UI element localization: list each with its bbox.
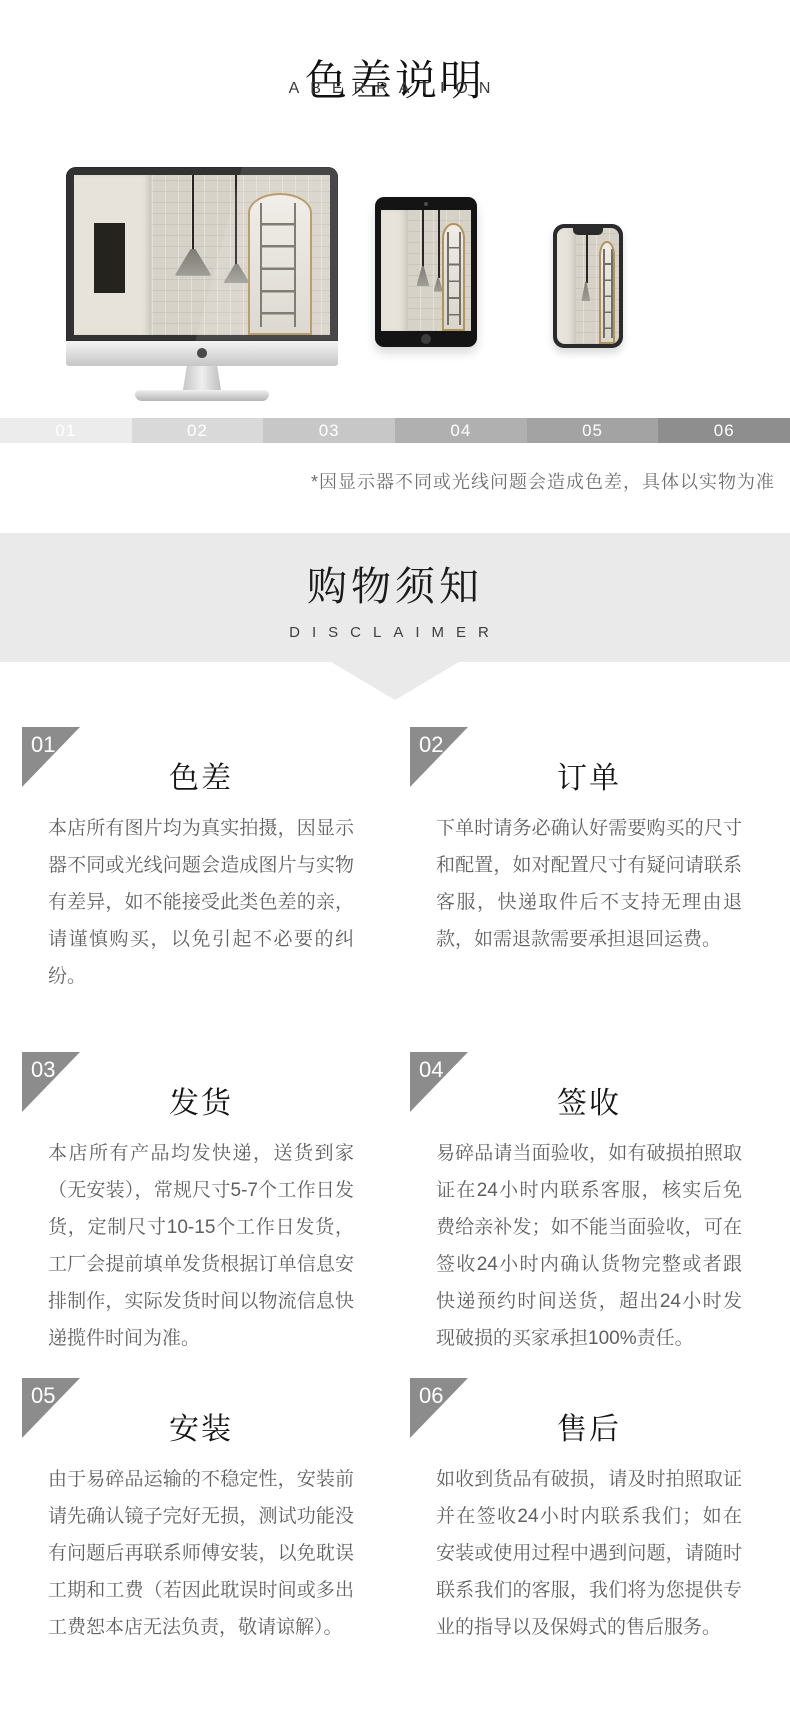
ipad-mockup xyxy=(375,197,477,347)
scale-label: 04 xyxy=(450,421,471,441)
product-scene-image xyxy=(381,210,471,331)
arrow-down-notch xyxy=(331,662,459,700)
disclaimer-card-4: 04 签收 易碎品请当面验收，如有破损拍照取证在24小时内联系客服，核实后免费给… xyxy=(410,1052,768,1385)
pendant-lamp xyxy=(224,264,250,283)
disclaimer-card-2: 02 订单 下单时请务必确认好需要购买的尺寸和配置，如对配置尺寸有疑问请联系客服… xyxy=(410,727,768,1012)
imac-stand-base xyxy=(135,390,269,401)
imac-screen xyxy=(66,167,338,341)
scale-label: 05 xyxy=(582,421,603,441)
imac-chin xyxy=(66,341,338,366)
lamp-cord xyxy=(586,228,588,283)
card-title: 签收 xyxy=(410,1052,768,1122)
scale-segment: 05 xyxy=(527,418,659,443)
lamp-cord xyxy=(422,210,424,267)
aberration-subtitle: ABERRATION xyxy=(0,80,790,98)
disclaimer-subtitle: DISCLAIMER xyxy=(0,624,790,641)
disclaimer-card-3: 03 发货 本店所有产品均发快递，送货到家（无安装），常规尺寸5-7个工作日发货… xyxy=(22,1052,380,1385)
card-title: 色差 xyxy=(22,727,380,797)
scale-segment: 06 xyxy=(658,418,790,443)
gradient-scale-bar: 01 02 03 04 05 06 xyxy=(0,418,790,443)
disclaimer-card-5: 05 安装 由于易碎品运输的不稳定性，安装前请先确认镜子完好无损，测试功能没有问… xyxy=(22,1378,380,1674)
gold-frame-mirror xyxy=(599,241,615,344)
scale-label: 03 xyxy=(319,421,340,441)
scale-segment: 02 xyxy=(132,418,264,443)
card-body: 本店所有图片均为真实拍摄，因显示器不同或光线问题会造成图片与实物有差异，如不能接… xyxy=(48,810,354,995)
card-title: 订单 xyxy=(410,727,768,797)
mirror-reflection xyxy=(603,249,613,338)
card-title: 发货 xyxy=(22,1052,380,1122)
notch-icon xyxy=(573,228,603,235)
pendant-lamp xyxy=(417,266,430,287)
card-body: 如收到货品有破损，请及时拍照取证并在签收24小时内联系我们；如在安装或使用过程中… xyxy=(436,1461,742,1646)
pendant-lamp xyxy=(175,249,211,276)
card-title: 售后 xyxy=(410,1378,768,1448)
camera-dot-icon xyxy=(424,202,428,206)
card-body: 本店所有产品均发快递，送货到家（无安装），常规尺寸5-7个工作日发货，定制尺寸1… xyxy=(48,1135,354,1357)
mirror-reflection xyxy=(447,232,461,325)
card-body: 下单时请务必确认好需要购买的尺寸和配置，如对配置尺寸有疑问请联系客服，快递取件后… xyxy=(436,810,742,958)
gold-frame-mirror xyxy=(442,223,465,331)
imac-mockup xyxy=(66,167,338,402)
scale-label: 06 xyxy=(714,421,735,441)
card-body: 易碎品请当面验收，如有破损拍照取证在24小时内联系客服，核实后免费给亲补发；如不… xyxy=(436,1135,742,1357)
lamp-cord xyxy=(235,175,237,265)
aberration-title: 色差说明 xyxy=(0,48,790,108)
disclaimer-card-6: 06 售后 如收到货品有破损，请及时拍照取证并在签收24小时内联系我们；如在安装… xyxy=(410,1378,768,1674)
scale-segment: 01 xyxy=(0,418,132,443)
imac-stand-neck xyxy=(183,366,221,390)
disclaimer-title: 购物须知 xyxy=(0,533,790,612)
gold-frame-mirror xyxy=(248,193,312,335)
disclaimer-header-band: 购物须知 DISCLAIMER xyxy=(0,533,790,662)
wall-panel xyxy=(557,228,576,344)
lamp-cord xyxy=(438,210,440,278)
scale-label: 02 xyxy=(187,421,208,441)
scale-segment: 04 xyxy=(395,418,527,443)
scale-segment: 03 xyxy=(263,418,395,443)
card-title: 安装 xyxy=(22,1378,380,1448)
iphone-mockup xyxy=(553,224,623,348)
wall-panel xyxy=(381,210,408,331)
color-difference-note: *因显示器不同或光线问题会造成色差，具体以实物为准 xyxy=(311,468,775,494)
product-scene-image xyxy=(74,175,330,335)
home-button-icon xyxy=(421,334,431,344)
card-body: 由于易碎品运输的不稳定性，安装前请先确认镜子完好无损，测试功能没有问题后再联系师… xyxy=(48,1461,354,1646)
mirror-reflection xyxy=(260,203,296,328)
scale-label: 01 xyxy=(55,421,76,441)
apple-logo-icon xyxy=(197,348,207,358)
product-detail-page: 色差说明 ABERRATION xyxy=(0,0,790,1712)
product-scene-image xyxy=(557,228,619,344)
wall-art xyxy=(94,223,125,293)
lamp-cord xyxy=(192,175,194,250)
pendant-lamp xyxy=(581,281,590,301)
disclaimer-card-1: 01 色差 本店所有图片均为真实拍摄，因显示器不同或光线问题会造成图片与实物有差… xyxy=(22,727,380,1023)
